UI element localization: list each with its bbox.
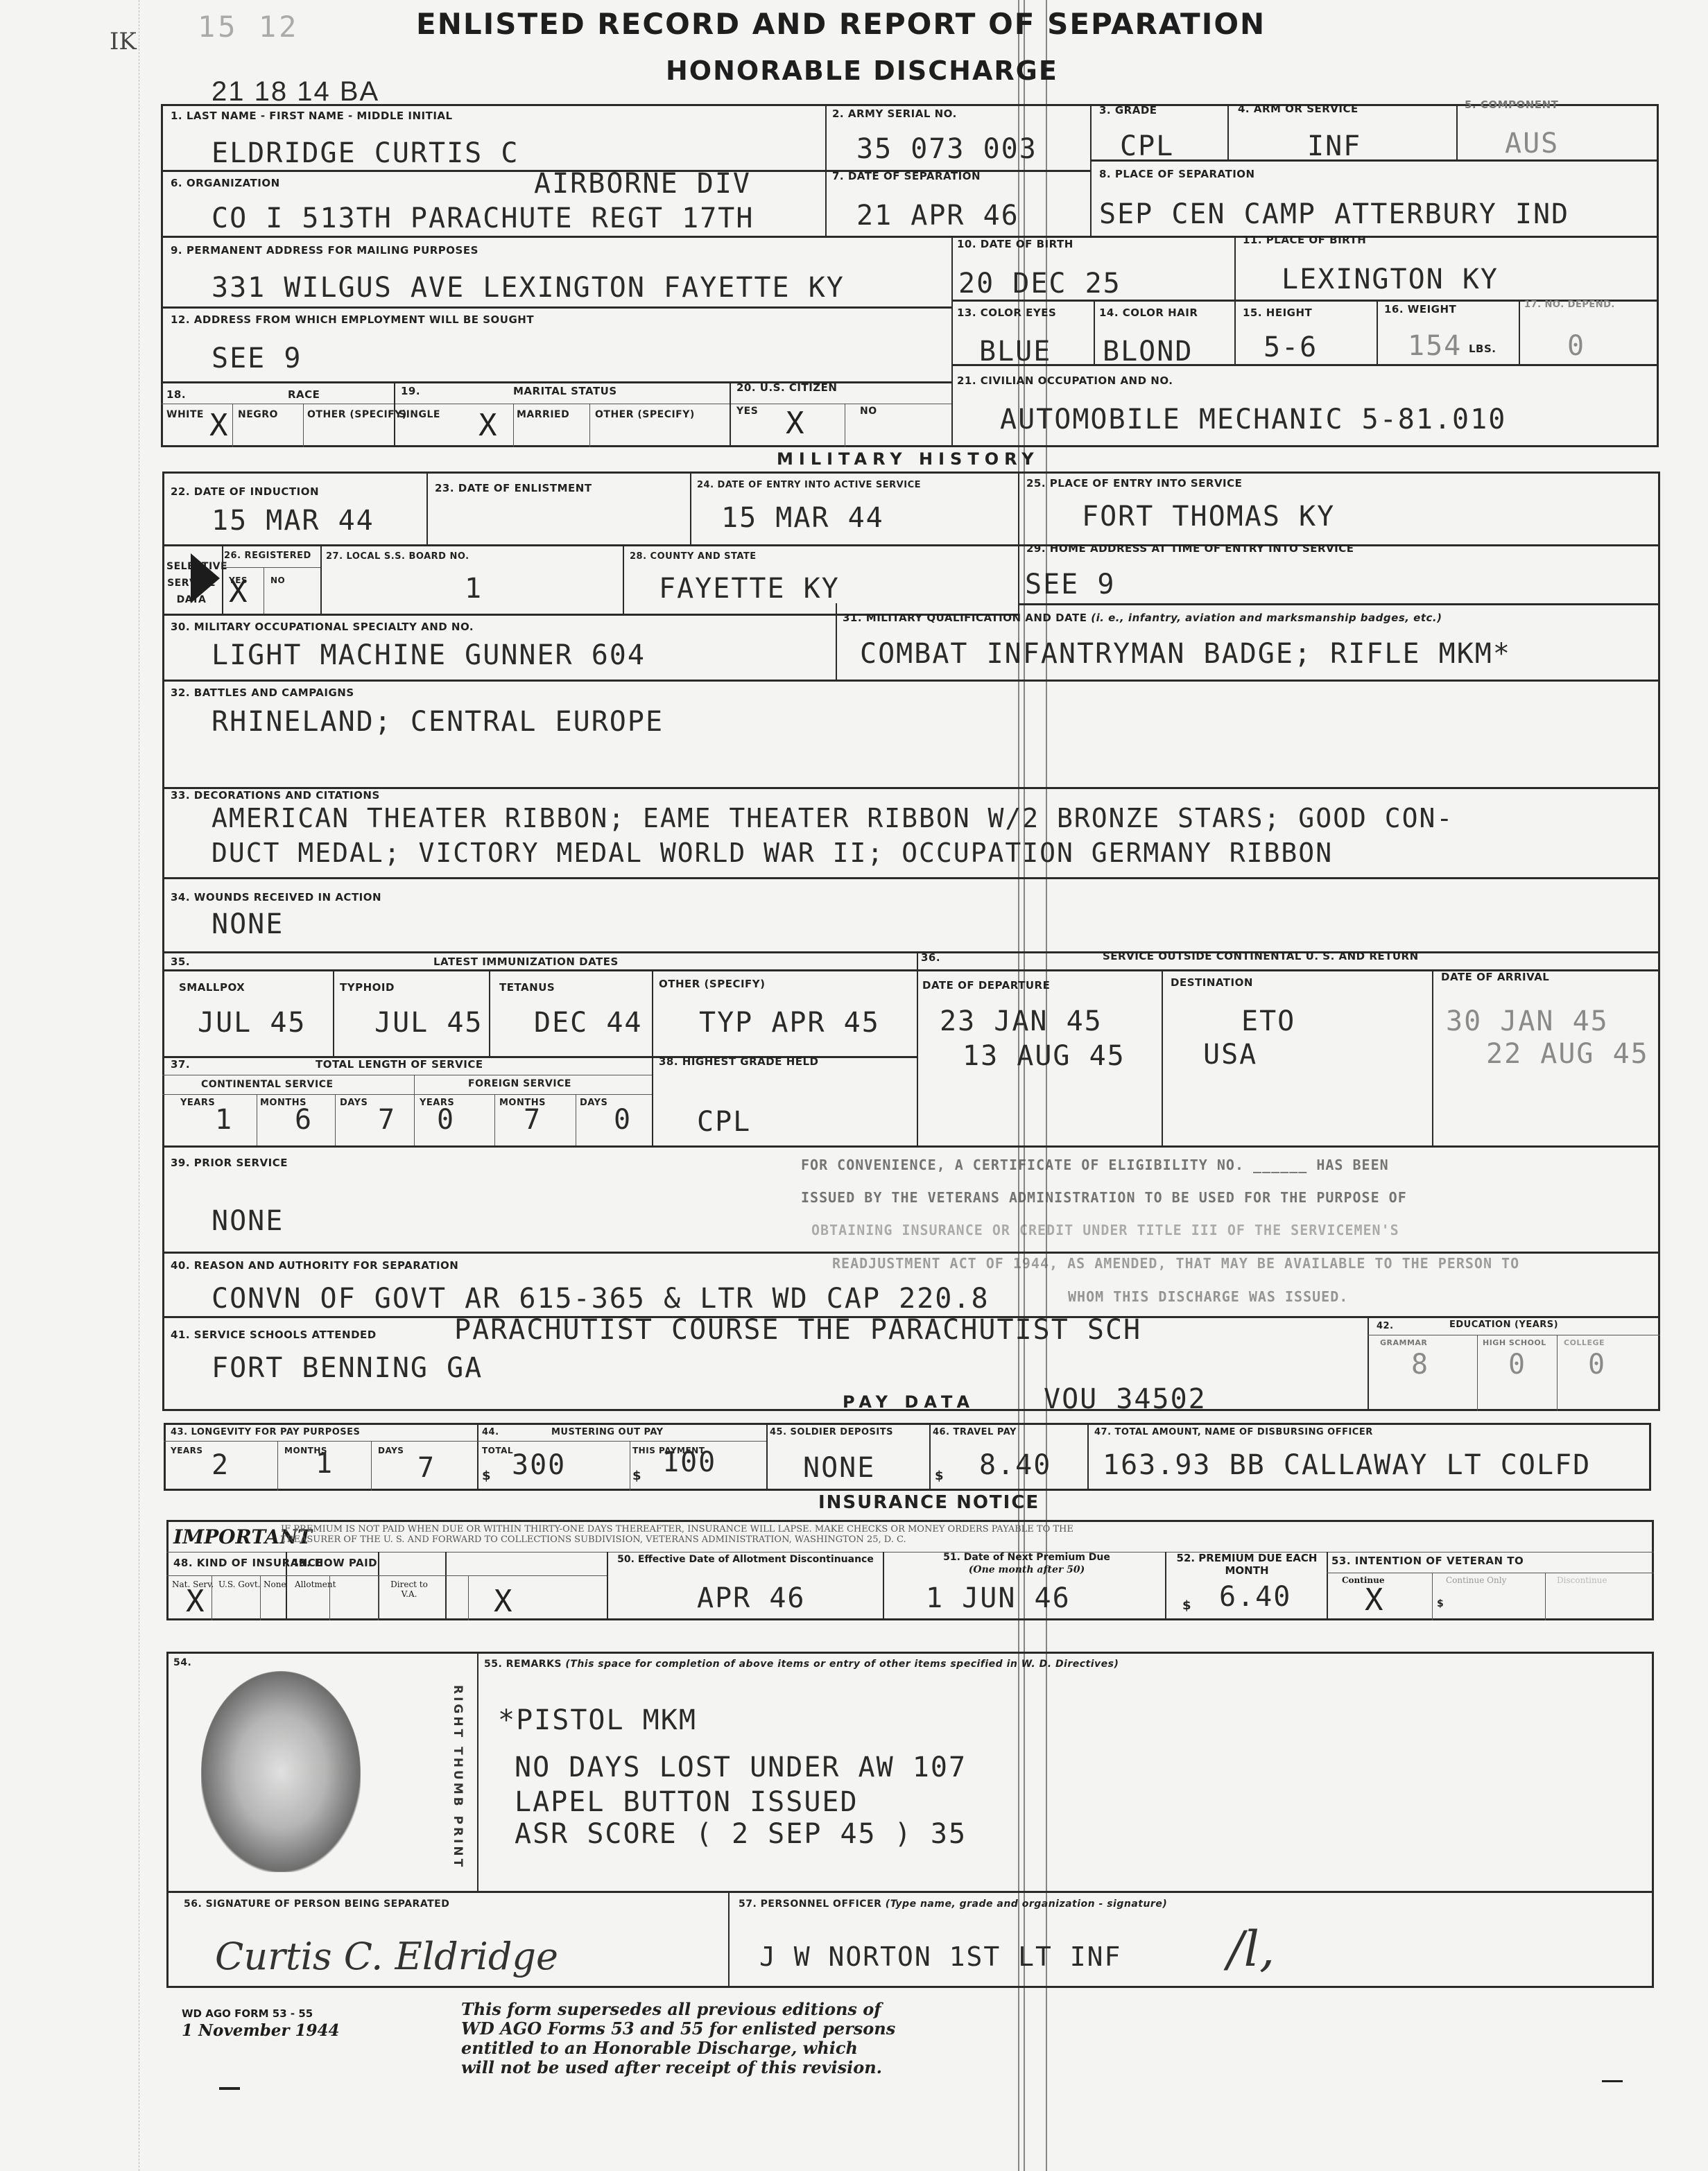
field-29-label: 29. Home Address at Time of Entry into S… xyxy=(1026,542,1354,555)
destination-2: USA xyxy=(1203,1039,1257,1071)
registered-yes-check[interactable]: X xyxy=(229,574,248,609)
total-amount-value: 163.93 BB CALLAWAY LT COLFD xyxy=(1103,1449,1591,1481)
longevity-days-label: Days xyxy=(378,1446,404,1455)
file-code: 21 18 14 BA xyxy=(212,76,379,107)
weight-value: 154 xyxy=(1408,330,1462,362)
entry-place-value: FORT THOMAS KY xyxy=(1082,501,1335,533)
field-51-label: 51. Date of Next Premium Due xyxy=(890,1552,1164,1563)
currency-symbol: $ xyxy=(935,1469,944,1483)
certificate-stamp-line1: FOR CONVENIENCE, A CERTIFICATE OF ELIGIB… xyxy=(801,1157,1389,1173)
education-grammar-value: 8 xyxy=(1411,1349,1429,1381)
currency-symbol: $ xyxy=(1437,1598,1444,1609)
field-3-label: 3. Grade xyxy=(1099,104,1157,116)
field-6-label: 6. Organization xyxy=(171,177,280,189)
immunization-tetanus-value: DEC 44 xyxy=(534,1007,643,1039)
important-text: IF PREMIUM IS NOT PAID WHEN DUE OR WITHI… xyxy=(281,1524,1073,1545)
eye-color-value: BLUE xyxy=(979,336,1051,367)
field-5-label: 5. Component xyxy=(1465,98,1558,111)
mustering-total-value: 300 xyxy=(512,1449,566,1481)
certificate-stamp-line5: WHOM THIS DISCHARGE WAS ISSUED. xyxy=(1068,1288,1348,1305)
component-value: AUS xyxy=(1505,128,1559,159)
field-44-label: 44. xyxy=(482,1427,499,1437)
field-26-label: 26. Registered xyxy=(224,551,311,561)
remarks-line-3: LAPEL BUTTON ISSUED xyxy=(515,1786,859,1818)
field-32-label: 32. Battles and Campaigns xyxy=(171,686,354,699)
field-49-label: 49. How Paid xyxy=(291,1557,377,1569)
certificate-stamp-line4: READJUSTMENT ACT OF 1944, AS AMENDED, TH… xyxy=(832,1255,1519,1272)
prior-service-value: NONE xyxy=(212,1205,284,1237)
continental-months-value: 6 xyxy=(295,1104,313,1136)
mustering-total-label: Total xyxy=(482,1446,513,1455)
longevity-years-label: Years xyxy=(171,1446,203,1455)
separation-place-value: SEP CEN CAMP ATTERBURY IND xyxy=(1099,198,1569,230)
immunization-other-value: TYP APR 45 xyxy=(699,1007,880,1039)
remarks-line-1: *PISTOL MKM xyxy=(498,1704,697,1736)
field-15-label: 15. Height xyxy=(1243,306,1312,319)
military-history-title: MILITARY HISTORY xyxy=(777,449,1040,469)
service-schools-line1: PARACHUTIST COURSE THE PARACHUTIST SCH xyxy=(454,1314,1141,1346)
paid-allotment-option[interactable]: Allotment xyxy=(295,1580,336,1589)
field-31-hint: (i. e., infantry, aviation and marksmans… xyxy=(1091,612,1442,624)
currency-symbol: $ xyxy=(1182,1598,1191,1613)
field-36-label: 36. xyxy=(921,951,940,964)
field-39-label: 39. Prior Service xyxy=(171,1157,288,1169)
marital-status-title: Marital Status xyxy=(513,385,617,397)
foreign-months-value: 7 xyxy=(524,1104,542,1136)
important-text-line2: TREASURER OF THE U. S. AND FORWARD TO CO… xyxy=(281,1534,1073,1545)
arrival-header: Date of Arrival xyxy=(1441,971,1549,983)
voucher-number: VOU 34502 xyxy=(1044,1383,1207,1415)
field-47-label: 47. Total Amount, Name of Disbursing Off… xyxy=(1094,1427,1373,1437)
highest-grade-value: CPL xyxy=(697,1106,751,1138)
field-27-label: 27. Local S.S. Board No. xyxy=(326,551,469,562)
race-white-check[interactable]: X xyxy=(209,408,228,443)
organization-value-line1: AIRBORNE DIV xyxy=(534,168,751,200)
field-51-hint: (One month after 50) xyxy=(890,1564,1164,1575)
currency-symbol: $ xyxy=(632,1469,641,1483)
field-4-label: 4. Arm or Service xyxy=(1238,103,1358,115)
separation-date-value: 21 APR 46 xyxy=(856,200,1019,232)
weight-unit: LBS. xyxy=(1469,343,1496,355)
continental-service-label: Continental Service xyxy=(201,1079,334,1090)
arrival-date-2: 22 AUG 45 xyxy=(1486,1038,1649,1070)
paid-allotment-check[interactable]: X xyxy=(494,1584,512,1619)
race-option-white[interactable]: White xyxy=(166,409,204,420)
field-25-label: 25. Place of Entry into Service xyxy=(1026,477,1242,490)
serial-number-value: 35 073 003 xyxy=(856,133,1037,165)
supersede-note-line2: WD AGO Forms 53 and 55 for enlisted pers… xyxy=(461,2019,895,2039)
field-38-label: 38. Highest Grade Held xyxy=(659,1055,819,1068)
insurance-usgovt-option[interactable]: U.S. Govt. xyxy=(218,1580,260,1589)
supersede-note-line3: entitled to an Honorable Discharge, whic… xyxy=(461,2039,895,2058)
field-35-label: 35. xyxy=(171,955,190,968)
field-30-label: 30. Military Occupational Specialty and … xyxy=(171,621,474,633)
race-title: Race xyxy=(288,388,320,401)
margin-mark xyxy=(1602,2080,1623,2082)
important-text-line1: IF PREMIUM IS NOT PAID WHEN DUE OR WITHI… xyxy=(281,1524,1073,1534)
education-highschool-value: 0 xyxy=(1508,1349,1526,1381)
field-31-label: 31. Military Qualification and Date (i. … xyxy=(843,612,1442,624)
active-service-date-value: 15 MAR 44 xyxy=(721,502,884,534)
immunization-smallpox-label: Smallpox xyxy=(179,981,245,994)
service-schools-line2: FORT BENNING GA xyxy=(212,1352,483,1384)
marital-option-single[interactable]: Single xyxy=(399,409,440,420)
field-14-label: 14. Color Hair xyxy=(1099,306,1198,319)
paid-direct-option[interactable]: Direct to V.A. xyxy=(388,1580,430,1599)
dependents-value: 0 xyxy=(1567,330,1585,362)
certificate-stamp-line2: ISSUED BY THE VETERANS ADMINISTRATION TO… xyxy=(801,1189,1407,1206)
departure-date-2: 13 AUG 45 xyxy=(963,1040,1125,1072)
registered-no-option[interactable]: No xyxy=(270,576,285,585)
field-17-label: 17. No. Depend. xyxy=(1524,300,1615,310)
education-title: Education (Years) xyxy=(1449,1320,1558,1330)
field-50-label: 50. Effective Date of Allotment Disconti… xyxy=(614,1553,877,1566)
marital-option-married[interactable]: Married xyxy=(517,409,569,420)
continental-years-label: Years xyxy=(180,1098,215,1108)
mailing-address-value: 331 WILGUS AVE LEXINGTON FAYETTE KY xyxy=(212,272,845,304)
board-number-value: 1 xyxy=(465,573,483,605)
field-19-label: 19. xyxy=(401,385,420,397)
insurance-none-option[interactable]: None xyxy=(264,1580,286,1589)
longevity-years-value: 2 xyxy=(212,1449,230,1481)
supersede-note-line1: This form supersedes all previous editio… xyxy=(461,2000,895,2019)
certificate-stamp-line3: OBTAINING INSURANCE OR CREDIT UNDER TITL… xyxy=(811,1222,1399,1238)
field-55-hint: (This space for completion of above item… xyxy=(565,1659,1119,1670)
intention-discontinue-option[interactable]: Discontinue xyxy=(1557,1575,1607,1585)
field-28-label: 28. County and State xyxy=(630,551,757,562)
induction-date-value: 15 MAR 44 xyxy=(212,505,374,537)
field-42-label: 42. xyxy=(1377,1321,1394,1331)
field-11-label: 11. Place of Birth xyxy=(1243,234,1366,246)
field-21-label: 21. Civilian Occupation and No. xyxy=(957,374,1173,387)
remarks-line-2: NO DAYS LOST UNDER AW 107 xyxy=(515,1751,967,1783)
field-1-label: 1. Last Name - First Name - Middle Initi… xyxy=(171,110,453,122)
mustering-this-payment-value: 100 xyxy=(662,1446,716,1478)
soldier-deposits-value: NONE xyxy=(803,1452,875,1484)
birth-place-value: LEXINGTON KY xyxy=(1282,263,1499,295)
officer-signature: /l, xyxy=(1227,1921,1275,1978)
education-college-label: College xyxy=(1564,1338,1605,1347)
premium-due-value: 6.40 xyxy=(1219,1581,1291,1613)
personnel-officer-value: J W NORTON 1ST LT INF xyxy=(759,1941,1121,1972)
field-56-label: 56. Signature of Person Being Separated xyxy=(184,1898,449,1910)
insurance-notice-title: INSURANCE NOTICE xyxy=(818,1492,1040,1513)
employment-address-value: SEE 9 xyxy=(212,343,302,374)
field-46-label: 46. Travel Pay xyxy=(933,1427,1017,1437)
field-23-label: 23. Date of Enlistment xyxy=(435,482,592,494)
field-37-label: 37. xyxy=(171,1058,190,1071)
intention-continue-check[interactable]: X xyxy=(1365,1582,1383,1618)
citizen-option-yes[interactable]: Yes xyxy=(736,406,758,417)
race-option-negro[interactable]: Negro xyxy=(238,409,278,420)
field-54-label: 54. xyxy=(173,1657,191,1668)
field-33-label: 33. Decorations and Citations xyxy=(171,789,380,802)
form-number: WD AGO FORM 53 - 55 xyxy=(182,2007,313,2020)
longevity-days-value: 7 xyxy=(417,1452,435,1484)
field-57-label: 57. Personnel Officer (Type name, grade … xyxy=(739,1898,1167,1910)
thumbprint-image xyxy=(201,1671,361,1872)
education-college-value: 0 xyxy=(1588,1349,1606,1381)
military-qualification-value: COMBAT INFANTRYMAN BADGE; RIFLE MKM* xyxy=(860,638,1511,670)
mos-value: LIGHT MACHINE GUNNER 604 xyxy=(212,639,646,671)
longevity-months-value: 1 xyxy=(316,1448,334,1480)
field-13-label: 13. Color Eyes xyxy=(957,306,1056,319)
continental-days-value: 7 xyxy=(378,1104,396,1136)
field-10-label: 10. Date of Birth xyxy=(957,238,1073,250)
education-highschool-label: High School xyxy=(1483,1338,1546,1347)
service-length-title: Total Length of Service xyxy=(316,1058,483,1071)
stamp-number: 15 12 xyxy=(198,10,299,44)
form-title: ENLISTED RECORD AND REPORT OF SEPARATION xyxy=(416,7,1266,41)
foreign-years-value: 0 xyxy=(437,1104,455,1136)
currency-symbol: $ xyxy=(482,1469,491,1483)
remarks-line-4: ASR SCORE ( 2 SEP 45 ) 35 xyxy=(515,1818,967,1850)
field-45-label: 45. Soldier Deposits xyxy=(770,1427,893,1437)
field-12-label: 12. Address from which employment will b… xyxy=(171,313,534,326)
field-57-hint: (Type name, grade and organization - sig… xyxy=(886,1898,1167,1910)
decorations-line2: DUCT MEDAL; VICTORY MEDAL WORLD WAR II; … xyxy=(212,838,1333,868)
arrival-date-1: 30 JAN 45 xyxy=(1446,1005,1609,1037)
intention-continue-only-option[interactable]: Continue Only xyxy=(1446,1575,1506,1585)
field-20-label: 20. U.S. Citizen xyxy=(736,381,837,394)
arrow-right-icon xyxy=(191,553,220,603)
destination-header: Destination xyxy=(1171,976,1253,989)
immunization-title: Latest Immunization Dates xyxy=(433,955,619,968)
immunization-typhoid-value: JUL 45 xyxy=(374,1007,483,1039)
pay-data-title: PAY DATA xyxy=(843,1392,975,1412)
destination-1: ETO xyxy=(1241,1005,1295,1037)
arm-service-value: INF xyxy=(1307,130,1361,162)
thumb-print-label: RIGHT THUMB PRINT xyxy=(451,1685,465,1869)
field-55-label: 55. Remarks (This space for completion o… xyxy=(484,1659,1119,1670)
battles-campaigns-value: RHINELAND; CENTRAL EUROPE xyxy=(212,706,664,738)
field-52-label: 52. Premium Due Each Month xyxy=(1171,1552,1323,1577)
foreign-days-label: Days xyxy=(580,1098,607,1108)
foreign-days-value: 0 xyxy=(614,1104,632,1136)
separation-reason-value: CONVN OF GOVT AR 615-365 & LTR WD CAP 22… xyxy=(212,1283,990,1315)
field-2-label: 2. Army Serial No. xyxy=(832,107,957,120)
field-43-label: 43. Longevity for Pay Purposes xyxy=(171,1427,360,1437)
citizen-option-no[interactable]: No xyxy=(860,406,877,417)
marital-single-check[interactable]: X xyxy=(478,408,497,443)
county-state-value: FAYETTE KY xyxy=(659,573,840,605)
race-option-other[interactable]: Other (specify) xyxy=(307,409,407,420)
hair-color-value: BLOND xyxy=(1103,336,1193,367)
name-value: ELDRIDGE CURTIS C xyxy=(212,137,519,169)
marital-option-other[interactable]: Other (specify) xyxy=(595,409,695,420)
departure-date-1: 23 JAN 45 xyxy=(940,1005,1103,1037)
citizen-yes-check[interactable]: X xyxy=(786,406,804,441)
margin-mark xyxy=(219,2087,240,2090)
supersede-note-line4: will not be used after receipt of this r… xyxy=(461,2058,895,2077)
field-22-label: 22. Date of Induction xyxy=(171,485,319,498)
form-date: 1 November 1944 xyxy=(182,2021,340,2040)
height-value: 5-6 xyxy=(1263,331,1318,363)
soldier-signature: Curtis C. Eldridge xyxy=(215,1935,558,1978)
field-24-label: 24. Date of Entry into Active Service xyxy=(697,480,921,490)
decorations-line1: AMERICAN THEATER RIBBON; EAME THEATER RI… xyxy=(212,803,1453,833)
mustering-out-title: Mustering Out Pay xyxy=(551,1427,664,1437)
next-premium-value: 1 JUN 46 xyxy=(926,1582,1071,1614)
continental-days-label: Days xyxy=(340,1098,368,1108)
field-41-label: 41. Service Schools Attended xyxy=(171,1329,377,1341)
travel-pay-value: 8.40 xyxy=(979,1449,1051,1481)
field-16-label: 16. Weight xyxy=(1384,303,1456,315)
field-40-label: 40. Reason and Authority for Separation xyxy=(171,1259,458,1272)
field-34-label: 34. Wounds Received in Action xyxy=(171,891,381,903)
organization-value-line2: CO I 513TH PARACHUTE REGT 17TH xyxy=(212,202,754,234)
field-8-label: 8. Place of Separation xyxy=(1099,168,1255,180)
wounds-value: NONE xyxy=(212,908,284,940)
field-53-label: 53. Intention of Veteran to xyxy=(1331,1555,1524,1567)
immunization-tetanus-label: Tetanus xyxy=(499,981,555,994)
insurance-natserv-check[interactable]: X xyxy=(186,1584,205,1619)
home-address-entry-value: SEE 9 xyxy=(1025,569,1115,600)
continental-years-value: 1 xyxy=(215,1104,233,1136)
education-grammar-label: Grammar xyxy=(1380,1338,1427,1347)
departure-header: Date of Departure xyxy=(922,979,1050,992)
field-18-label: 18. xyxy=(166,388,186,401)
corner-mark: IK xyxy=(110,28,137,55)
service-outside-title: Service Outside Continental U. S. and Re… xyxy=(1103,950,1419,962)
birth-date-value: 20 DEC 25 xyxy=(958,268,1121,300)
foreign-service-label: Foreign Service xyxy=(468,1078,571,1089)
immunization-smallpox-value: JUL 45 xyxy=(198,1007,307,1039)
field-7-label: 7. Date of Separation xyxy=(832,170,981,182)
grade-value: CPL xyxy=(1120,130,1174,162)
form-subtitle: HONORABLE DISCHARGE xyxy=(666,55,1058,86)
immunization-other-label: Other (specify) xyxy=(659,978,766,990)
field-9-label: 9. Permanent Address for Mailing Purpose… xyxy=(171,244,478,257)
civilian-occupation-value: AUTOMOBILE MECHANIC 5-81.010 xyxy=(1000,404,1506,435)
immunization-typhoid-label: Typhoid xyxy=(340,981,395,994)
left-margin-line xyxy=(139,0,140,2171)
allotment-discontinuance-value: APR 46 xyxy=(697,1582,806,1614)
supersede-note: This form supersedes all previous editio… xyxy=(461,2000,895,2077)
